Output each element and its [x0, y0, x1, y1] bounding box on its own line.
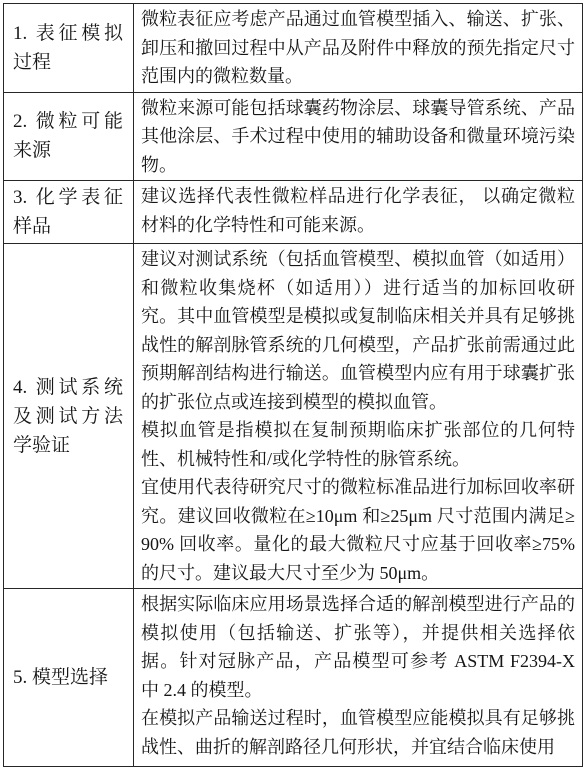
row-content-cell: 建议选择代表性微粒样品进行化学表征， 以确定微粒材料的化学特性和可能来源。 [134, 181, 582, 243]
row-header-label: 1. 表征模拟过程 [13, 19, 123, 77]
table-row-model-selection: 5. 模型选择 根据实际临床应用场景选择合适的解剖模型进行产品的模拟使用（包括输… [4, 589, 582, 766]
paragraph: 宜使用代表待研究尺寸的微粒标准品进行加标回收率研究。建议回收微粒在≥10μm 和… [141, 473, 575, 587]
table-row-chemical-characterization: 3. 化学表征样品 建议选择代表性微粒样品进行化学表征， 以确定微粒材料的化学特… [4, 181, 582, 244]
paragraph: 根据实际临床应用场景选择合适的解剖模型进行产品的模拟使用（包括输送、扩张等），并… [141, 590, 575, 704]
row-header-label: 5. 模型选择 [13, 663, 123, 692]
row-header-cell: 1. 表征模拟过程 [4, 4, 134, 92]
table-row-characterize-process: 1. 表征模拟过程 微粒表征应考虑产品通过血管模型插入、输送、扩张、卸压和撤回过… [4, 4, 582, 93]
row-content-cell: 根据实际临床应用场景选择合适的解剖模型进行产品的模拟使用（包括输送、扩张等），并… [134, 589, 582, 766]
row-header-cell: 2. 微粒可能来源 [4, 93, 134, 181]
table-row-test-system-validation: 4. 测试系统及测试方法学验证 建议对测试系统（包括血管模型、模拟血管（如适用）… [4, 244, 582, 589]
paragraph: 建议选择代表性微粒样品进行化学表征， 以确定微粒材料的化学特性和可能来源。 [141, 182, 575, 239]
paragraph: 模拟血管是指模拟在复制预期临床扩张部位的几何特性、机械特性和/或化学特性的脉管系… [141, 416, 575, 473]
row-content-cell: 微粒表征应考虑产品通过血管模型插入、输送、扩张、卸压和撤回过程中从产品及附件中释… [134, 4, 582, 92]
particulate-evaluation-table: 1. 表征模拟过程 微粒表征应考虑产品通过血管模型插入、输送、扩张、卸压和撤回过… [3, 3, 583, 767]
row-content-cell: 微粒来源可能包括球囊药物涂层、球囊导管系统、产品其他涂层、手术过程中使用的辅助设… [134, 93, 582, 181]
row-header-label: 2. 微粒可能来源 [13, 107, 123, 165]
document-page: 1. 表征模拟过程 微粒表征应考虑产品通过血管模型插入、输送、扩张、卸压和撤回过… [0, 0, 587, 770]
row-header-cell: 3. 化学表征样品 [4, 181, 134, 243]
paragraph: 在模拟产品输送过程时，血管模型应能模拟具有足够挑战性、曲折的解剖路径几何形状，并… [141, 704, 575, 761]
paragraph: 微粒表征应考虑产品通过血管模型插入、输送、扩张、卸压和撤回过程中从产品及附件中释… [141, 5, 575, 91]
table-row-particle-sources: 2. 微粒可能来源 微粒来源可能包括球囊药物涂层、球囊导管系统、产品其他涂层、手… [4, 93, 582, 182]
paragraph: 建议对测试系统（包括血管模型、模拟血管（如适用）和微粒收集烧杯（如适用））进行适… [141, 245, 575, 416]
row-header-cell: 5. 模型选择 [4, 589, 134, 766]
row-content-cell: 建议对测试系统（包括血管模型、模拟血管（如适用）和微粒收集烧杯（如适用））进行适… [134, 244, 582, 588]
row-header-cell: 4. 测试系统及测试方法学验证 [4, 244, 134, 588]
paragraph: 微粒来源可能包括球囊药物涂层、球囊导管系统、产品其他涂层、手术过程中使用的辅助设… [141, 94, 575, 180]
row-header-label: 4. 测试系统及测试方法学验证 [13, 373, 123, 460]
row-header-label: 3. 化学表征样品 [13, 183, 123, 241]
